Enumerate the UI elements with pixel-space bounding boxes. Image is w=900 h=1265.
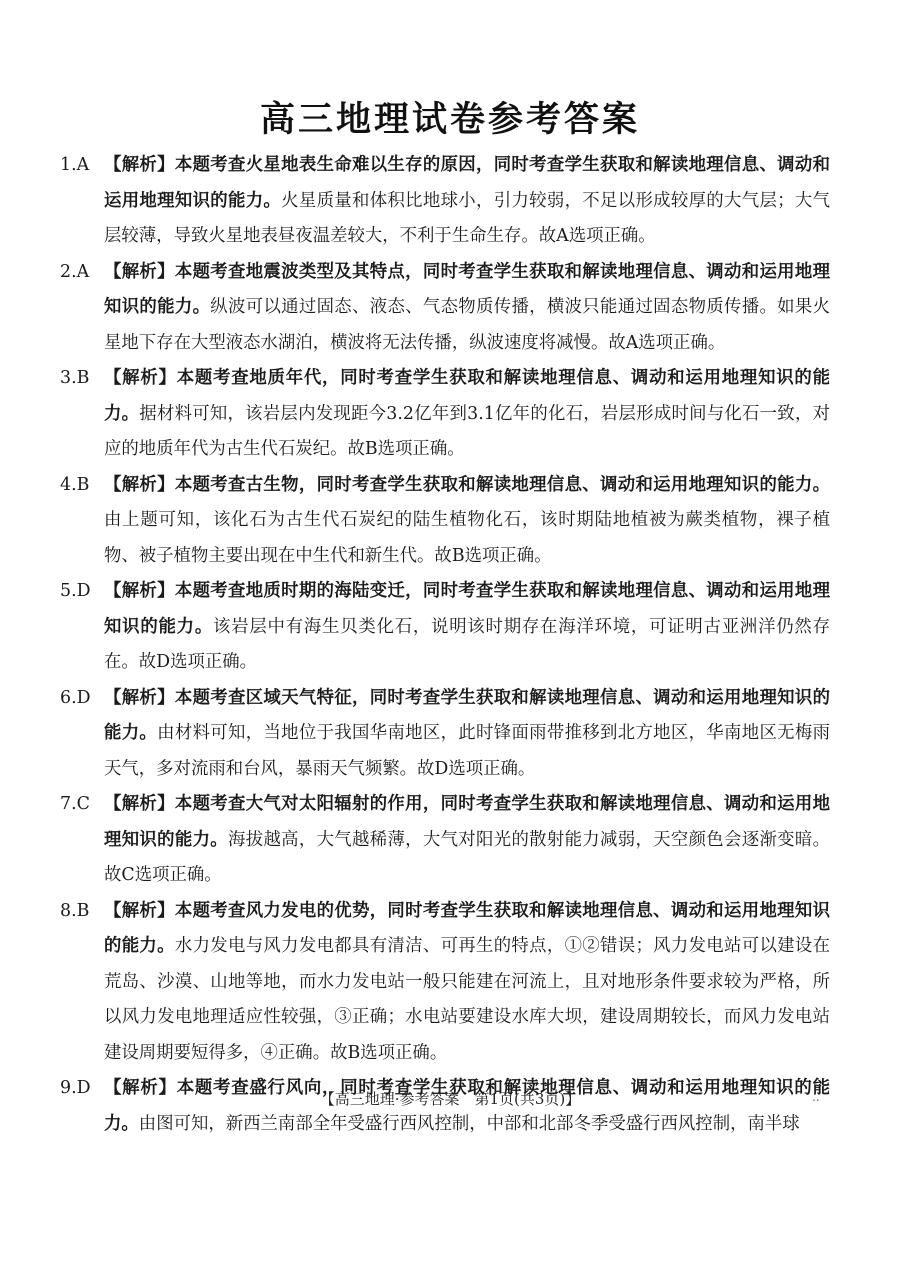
answer-number: 5.D: [60, 574, 104, 610]
analysis-body: 由材料可知，当地位于我国华南地区，此时锋面雨带推移到北方地区，华南地区无梅雨天气…: [104, 723, 830, 779]
analysis-body: 纵波可以通过固态、液态、气态物质传播，横波只能通过固态物质传播。如果火星地下存在…: [104, 297, 830, 353]
answer-item-6: 6.D【解析】本题考查区域天气特征，同时考查学生获取和解读地理信息、调动和运用地…: [60, 681, 830, 788]
analysis-tag: 【解析】: [104, 475, 175, 495]
answer-number: 1.A: [60, 148, 104, 184]
answer-number: 6.D: [60, 681, 104, 717]
answer-number: 3.B: [60, 361, 104, 397]
answer-item-1: 1.A【解析】本题考查火星地表生命难以生存的原因，同时考查学生获取和解读地理信息…: [60, 148, 830, 255]
answer-number: 7.C: [60, 787, 104, 823]
analysis-tag: 【解析】: [104, 581, 175, 601]
page-footer: 【高三地理·参考答案 第1页(共3页)】: [0, 1088, 900, 1109]
page-title: 高三地理试卷参考答案: [0, 92, 900, 142]
answer-item-2: 2.A【解析】本题考查地震波类型及其特点，同时考查学生获取和解读地理信息、调动和…: [60, 255, 830, 362]
corner-mark: ..: [812, 1090, 820, 1104]
analysis-body: 由上题可知，该化石为古生代石炭纪的陆生植物化石，该时期陆地植被为蕨类植物，裸子植…: [104, 510, 830, 566]
answer-list: 1.A【解析】本题考查火星地表生命难以生存的原因，同时考查学生获取和解读地理信息…: [60, 148, 830, 1142]
answer-item-8: 8.B【解析】本题考查风力发电的优势，同时考查学生获取和解读地理信息、调动和运用…: [60, 894, 830, 1072]
answer-number: 4.B: [60, 468, 104, 504]
analysis-body: 水力发电与风力发电都具有清洁、可再生的特点，①②错误；风力发电站可以建设在荒岛、…: [104, 936, 830, 1063]
analysis-body: 由图可知，新西兰南部全年受盛行西风控制，中部和北部冬季受盛行西风控制，南半球: [139, 1114, 800, 1134]
analysis-tag: 【解析】: [104, 794, 175, 814]
analysis-tag: 【解析】: [104, 901, 175, 921]
analysis-tag: 【解析】: [104, 688, 175, 708]
answer-number: 2.A: [60, 255, 104, 291]
answer-item-3: 3.B【解析】本题考查地质年代，同时考查学生获取和解读地理信息、调动和运用地理知…: [60, 361, 830, 468]
analysis-tag: 【解析】: [104, 368, 177, 388]
analysis-body: 据材料可知，该岩层内发现距今3.2亿年到3.1亿年的化石，岩层形成时间与化石一致…: [104, 404, 830, 460]
analysis-body: 该岩层中有海生贝类化石，说明该时期存在海洋环境，可证明古亚洲洋仍然存在。故D选项…: [104, 617, 830, 673]
answer-number: 8.B: [60, 894, 104, 930]
analysis-tag: 【解析】: [104, 155, 175, 175]
answer-item-4: 4.B【解析】本题考查古生物，同时考查学生获取和解读地理信息、调动和运用地理知识…: [60, 468, 830, 575]
answer-item-5: 5.D【解析】本题考查地质时期的海陆变迁，同时考查学生获取和解读地理信息、调动和…: [60, 574, 830, 681]
analysis-lead: 本题考查古生物，同时考查学生获取和解读地理信息、调动和运用地理知识的能力。: [175, 475, 830, 495]
answer-item-7: 7.C【解析】本题考查大气对太阳辐射的作用，同时考查学生获取和解读地理信息、调动…: [60, 787, 830, 894]
analysis-tag: 【解析】: [104, 262, 175, 282]
